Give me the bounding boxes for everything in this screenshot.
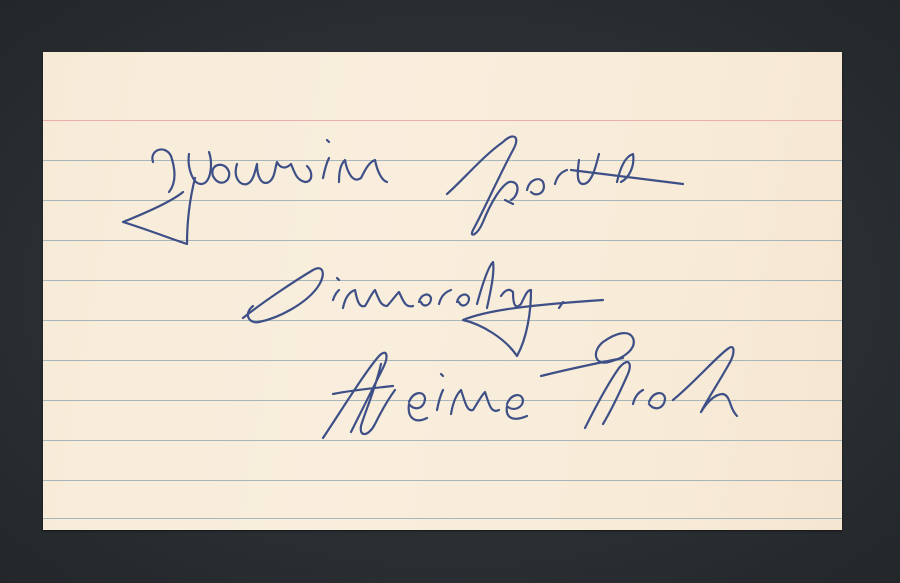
handwriting-ink — [43, 52, 842, 530]
index-card: Yours in Sports Sincerely, Heine Groh — [43, 52, 842, 530]
handwriting-line-yours-in-sports — [123, 136, 683, 244]
signature-heine-groh — [323, 333, 737, 438]
handwriting-line-sincerely — [243, 262, 603, 356]
